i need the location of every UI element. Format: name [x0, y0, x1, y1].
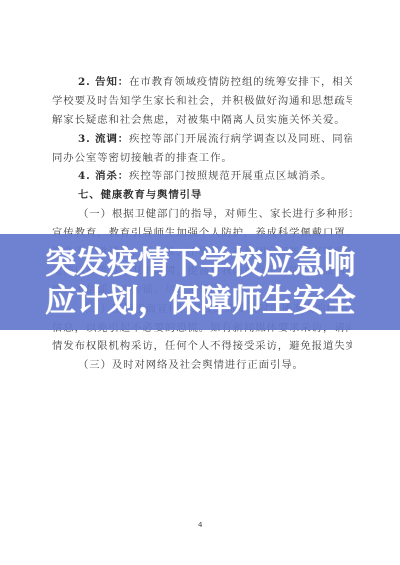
doc-line-epidemiology: 3. 流调：疾控等部门开展流行病学调查以及同班、同宿舍、 [52, 130, 352, 149]
doc-line-label: 3. 流调： [78, 133, 129, 145]
document-page: 2. 告知：在市教育领域疫情防控组的统筹安排下，相关单位、 学校要及时告知学生家… [0, 0, 400, 565]
doc-line-text: 情发布权限机构采访，任何个人不得接受采访，避免报道失实。 [52, 340, 352, 352]
doc-line: （一）根据卫健部门的指导，对师生、家长进行多种形式的 [52, 205, 352, 224]
doc-line-text: 同办公室等密切接触者的排查工作。 [52, 152, 233, 164]
section-heading: 七、健康教育与舆情引导 [52, 186, 352, 205]
doc-line-text: 疾控等部门按照规范开展重点区域消杀。 [129, 170, 332, 182]
doc-line: （三）及时对网络及社会舆情进行正面引导。 [52, 356, 352, 375]
doc-line-text: 在市教育领域疫情防控组的统筹安排下，相关单位、 [129, 76, 352, 88]
page-number: 4 [198, 521, 202, 529]
title-banner: 突发疫情下学校应急响 应计划，保障师生安全 [0, 234, 400, 330]
doc-line: 同办公室等密切接触者的排查工作。 [52, 149, 352, 168]
doc-line-notify: 2. 告知：在市教育领域疫情防控组的统筹安排下，相关单位、 [52, 73, 352, 92]
doc-line-text: （三）及时对网络及社会舆情进行正面引导。 [78, 359, 304, 371]
doc-line: 情发布权限机构采访，任何个人不得接受采访，避免报道失实。 [52, 337, 352, 356]
doc-line-text: （一）根据卫健部门的指导，对师生、家长进行多种形式的 [78, 208, 352, 220]
doc-line-label: 4. 消杀： [78, 170, 129, 182]
section-heading-text: 七、健康教育与舆情引导 [78, 189, 202, 201]
doc-line: 学校要及时告知学生家长和社会，并积极做好沟通和思想疏导，化 [52, 92, 352, 111]
doc-line-disinfection: 4. 消杀：疾控等部门按照规范开展重点区域消杀。 [52, 167, 352, 186]
doc-line-text: 解家长疑虑和社会焦虑，对被集中隔离人员实施关怀关爱。 [52, 114, 346, 126]
doc-line-label: 2. 告知： [78, 76, 129, 88]
doc-line-text: 疾控等部门开展流行病学调查以及同班、同宿舍、 [129, 133, 352, 145]
banner-title-line-1: 突发疫情下学校应急响 [45, 244, 355, 282]
banner-title-line-2: 应计划，保障师生安全 [45, 282, 355, 320]
doc-line: 解家长疑虑和社会焦虑，对被集中隔离人员实施关怀关爱。 [52, 111, 352, 130]
doc-line-text: 学校要及时告知学生家长和社会，并积极做好沟通和思想疏导，化 [52, 95, 352, 107]
